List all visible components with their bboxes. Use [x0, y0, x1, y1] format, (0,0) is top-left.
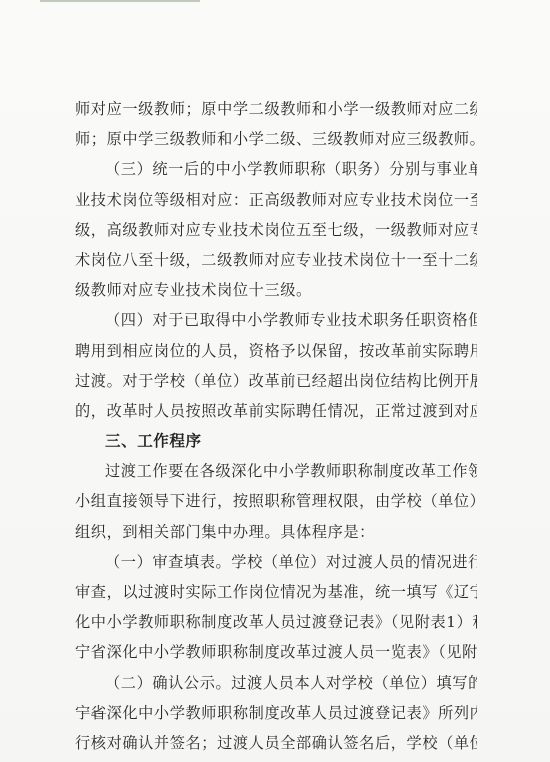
text-line: （四）对于已取得中小学教师专业技术职务任职资格但未被	[75, 305, 477, 335]
text-line: 过渡工作要在各级深化中小学教师职称制度改革工作领导	[75, 456, 477, 486]
text-line: 师对应一级教师；原中学二级教师和小学一级教师对应二级教	[75, 94, 477, 124]
text-line: 聘用到相应岗位的人员，资格予以保留，按改革前实际聘用岗位	[75, 336, 477, 366]
text-line: 师；原中学三级教师和小学二级、三级教师对应三级教师。	[75, 124, 477, 154]
text-line: 行核对确认并签名；过渡人员全部确认签名后，学校（单位）填	[75, 728, 477, 758]
text-line: 组织，到相关部门集中办理。具体程序是：	[75, 517, 477, 547]
section-heading: 三、工作程序	[75, 426, 477, 456]
document-page: 师对应一级教师；原中学二级教师和小学一级教师对应二级教师；原中学三级教师和小学二…	[0, 0, 550, 762]
scan-edge-artifact	[40, 0, 200, 2]
text-line: （三）统一后的中小学教师职称（职务）分别与事业单位专	[75, 154, 477, 184]
text-line: 化中小学教师职称制度改革人员过渡登记表》（见附表1）和《辽	[75, 607, 477, 637]
text-line: 术岗位八至十级，二级教师对应专业技术岗位十一至十二级，三	[75, 245, 477, 275]
text-line: 小组直接领导下进行，按照职称管理权限，由学校（单位）统一	[75, 486, 477, 516]
text-line: 审查，以过渡时实际工作岗位情况为基准，统一填写《辽宁省深	[75, 577, 477, 607]
text-line: 级，高级教师对应专业技术岗位五至七级，一级教师对应专业技	[75, 215, 477, 245]
text-line: 级教师对应专业技术岗位十三级。	[75, 275, 477, 305]
text-line: （一）审查填表。学校（单位）对过渡人员的情况进行认真	[75, 547, 477, 577]
body-text: 师对应一级教师；原中学二级教师和小学一级教师对应二级教师；原中学三级教师和小学二…	[75, 94, 477, 758]
text-line: 宁省深化中小学教师职称制度改革过渡人员一览表》（见附表2）。	[75, 637, 477, 667]
text-line: 的，改革时人员按照改革前实际聘任情况，正常过渡到对应岗位。	[75, 396, 477, 426]
text-line: 宁省深化中小学教师职称制度改革人员过渡登记表》所列内容进	[75, 698, 477, 728]
text-line: 过渡。对于学校（单位）改革前已经超出岗位结构比例开展聘任	[75, 366, 477, 396]
text-line: （二）确认公示。过渡人员本人对学校（单位）填写的《辽	[75, 668, 477, 698]
page-number: －4－	[80, 705, 108, 721]
text-line: 业技术岗位等级相对应：正高级教师对应专业技术岗位一至四	[75, 185, 477, 215]
